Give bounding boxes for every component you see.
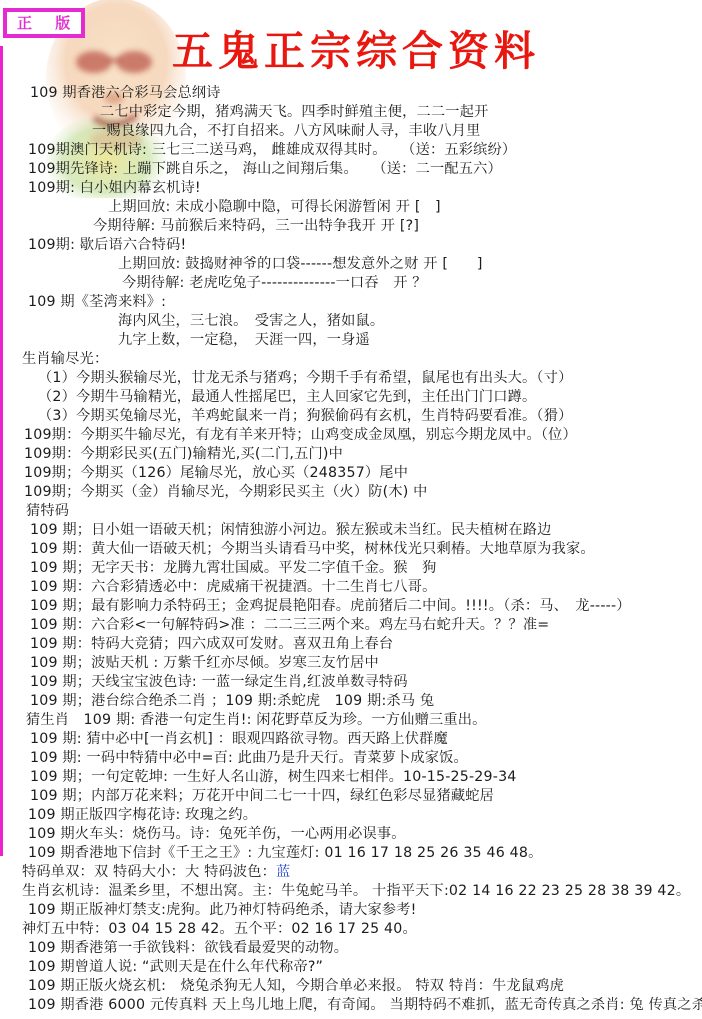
text-line: 109 期：黄大仙一语破天机；今期当头请看马中奖，树林伐光只剩椿。大地草原为我家… xyxy=(0,540,702,559)
text-line-part: 蓝 xyxy=(276,864,290,880)
text-line: 109 期；无字天书：龙腾九霄壮国威。平发二字值千金。猴 狗 xyxy=(0,559,702,578)
text-line: 109 期香港 6000 元传真料 天上鸟儿地上爬，有奇闻。 当期特码不难抓，蓝… xyxy=(0,996,702,1015)
text-line: 109 期: 猜中必中[一肖玄机] ：眼观四路欲寻物。西天路上伏群魔 xyxy=(0,730,702,749)
authentic-badge: 正 版 xyxy=(3,8,85,38)
text-line: 109期: 白小姐内幕玄机诗! xyxy=(0,179,702,198)
text-line: 109 期；最有影响力杀特码王；金鸡捉晨艳阳春。虎前猪后二中间。!!!!。（杀：… xyxy=(0,597,702,616)
text-line: 109期先锋诗: 上蹦下跳自乐之， 海山之间翔后集。 （送：二一配五六） xyxy=(0,160,702,179)
text-line-part: 特码单双：双 特码大小：大 特码波色： xyxy=(22,864,276,880)
text-line: 猜生肖 109 期: 香港一句定生肖!: 闲花野草反为珍。一方仙赠三重出。 xyxy=(0,711,702,730)
text-line: 109 期：特码大竞猜；四六成双可发财。喜双丑角上春台 xyxy=(0,635,702,654)
text-line: （3）今期买兔输尽光，羊鸡蛇鼠来一肖；狗猴偷码有玄机，生肖特码要看准。（猾） xyxy=(0,407,702,426)
text-line: 海内风尘，三七浪。 受害之人，猪如鼠。 xyxy=(0,312,702,331)
text-line: 生肖玄机诗：温柔乡里，不想出窝。主：牛兔蛇马羊。 十指平天下:02 14 16 … xyxy=(0,882,702,901)
text-line: （1）今期头猴输尽光，廿龙无杀与猪鸡；今期千手有希望，鼠尾也有出头大。（寸） xyxy=(0,369,702,388)
content-lines: 109 期香港六合彩马会总纲诗二七中彩定今期，猪鸡满天飞。四季时鲜殖主便，二二一… xyxy=(0,84,702,1015)
text-line: 生肖输尽光： xyxy=(0,350,702,369)
text-line: 109 期；天线宝宝波色诗: 一蓝一绿定生肖,红波单数寻特码 xyxy=(0,673,702,692)
text-line: 今期待解: 老虎吃兔子--------------一口吞 开 ？ xyxy=(0,274,702,293)
text-line: 109 期《荃湾来料》: xyxy=(0,293,702,312)
text-line: 109期：今期彩民买(五门)输精光,买(二门,五门)中 xyxy=(0,445,702,464)
text-line: 猜特码 xyxy=(0,502,702,521)
text-line: 109 期；波贴天机 : 万紫千红亦尽倾。岁寒三友竹居中 xyxy=(0,654,702,673)
text-line: 109 期；内部万花来料；万花开中间二七一十四，绿红色彩尽显猪藏蛇居 xyxy=(0,787,702,806)
text-line: 109 期火车头：烧伤马。诗：兔死羊伤，一心两用必误事。 xyxy=(0,825,702,844)
text-line: 九字上数，一定稳， 天涯一四，一身遥 xyxy=(0,331,702,350)
text-line: 109 期正版神灯禁支:虎狗。此乃神灯特码绝杀，请大家参考! xyxy=(0,901,702,920)
text-line: 109 期：六合彩<一句解特码>准 ：二二三三两个来。鸡左马右蛇升天。？？准= xyxy=(0,616,702,635)
text-line: 109期；今期买（126）尾输尽光，放心买（248357）尾中 xyxy=(0,464,702,483)
text-line: 今期待解: 马前猴后来特码，三一出特争我开 开 [?] xyxy=(0,217,702,236)
text-line: 109 期：六合彩猜透必中：虎威痛干祝捷酒。十二生肖七八哥。 xyxy=(0,578,702,597)
text-line: 109 期曾道人说: “武则天是在什么年代称帝?” xyxy=(0,958,702,977)
text-line: 上期回放: 未成小隐聊中隐，可得长闲游暂闲 开 [ ] xyxy=(0,198,702,217)
text-line: 109 期香港地下信封《千王之王》: 九宝莲灯: 01 16 17 18 25 … xyxy=(0,844,702,863)
text-line: 特码单双：双 特码大小：大 特码波色：蓝 xyxy=(0,863,702,882)
text-line: 109 期香港六合彩马会总纲诗 xyxy=(0,84,702,103)
text-line: 109 期: 一码中特猜中必中=百: 此曲乃是升天行。青菜萝卜成家饭。 xyxy=(0,749,702,768)
text-line: （2）今期牛马输精光，最通人性摇尾巴，主人回家它先到，主任出门门口蹲。 xyxy=(0,388,702,407)
text-line: 109 期；一句定乾坤: 一生好人名山游，树生四来七相伴。10-15-25-29… xyxy=(0,768,702,787)
text-line: 109 期正版四字梅花诗: 玫瑰之约。 xyxy=(0,806,702,825)
text-line: 109期；今期买（金）肖输尽光，今期彩民买主（火）防(木) 中 xyxy=(0,483,702,502)
text-line: 109 期香港第一手欲钱料：欲钱看最爱哭的动物。 xyxy=(0,939,702,958)
text-line: 109期澳门天机诗: 三七三二送马鸡， 雌雄成双得其时。 （送：五彩缤纷） xyxy=(0,141,702,160)
text-line: 上期回放: 鼓捣财神爷的口袋------想发意外之财 开 [ ] xyxy=(0,255,702,274)
text-line: 神灯五中特：03 04 15 28 42。五个平：02 16 17 25 40。 xyxy=(0,920,702,939)
text-line: 109 期正版火烧玄机: 烧兔杀狗无人知，今期合单必来报。 特双 特肖：牛龙鼠鸡… xyxy=(0,977,702,996)
page-title: 五鬼正宗综合资料 xyxy=(172,18,540,77)
text-line: 109 期；港台综合绝杀二肖 ；109 期:杀蛇虎 109 期:杀马 兔 xyxy=(0,692,702,711)
text-line: 一赐良缘四九合，不打自招来。八方风味耐人寻，丰收八月里 xyxy=(0,122,702,141)
text-line: 109期：今期买牛输尽光，有龙有羊来开特；山鸡变成金凤凰，别忘今期龙凤中。（位） xyxy=(0,426,702,445)
authentic-badge-label: 正 版 xyxy=(17,14,79,32)
text-line: 109 期；日小姐一语破天机；闲情独游小河边。猴左猴或未当红。民夫植树在路边 xyxy=(0,521,702,540)
text-line: 二七中彩定今期，猪鸡满天飞。四季时鲜殖主便，二二一起开 xyxy=(0,103,702,122)
text-line: 109期: 歇后语六合特码! xyxy=(0,236,702,255)
